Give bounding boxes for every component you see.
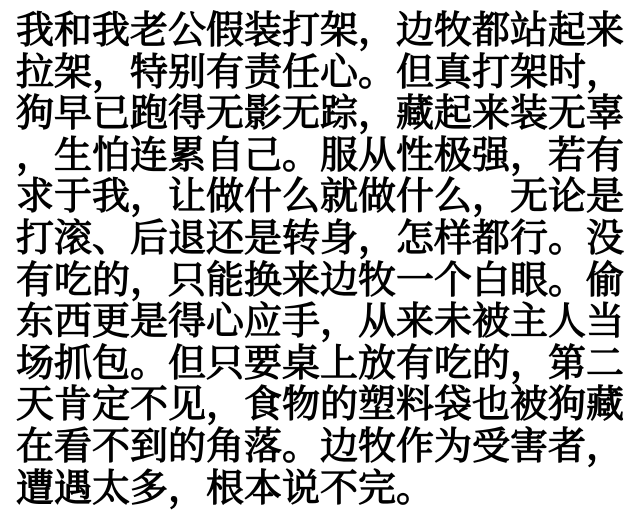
text-line: 遭遇太多，根本说不完。 [16,469,626,511]
text-line: 拉架，特别有责任心。但真打架时， [16,53,626,95]
text-line: 天肯定不见，食物的塑料袋也被狗藏 [16,385,626,427]
text-line: 打滚、后退还是转身，怎样都行。没 [16,219,626,261]
text-line: 有吃的，只能换来边牧一个白眼。偷 [16,261,626,303]
text-line: 狗早已跑得无影无踪，藏起来装无辜 [16,94,626,136]
paragraph-block: 我和我老公假装打架，边牧都站起来 拉架，特别有责任心。但真打架时， 狗早已跑得无… [0,0,640,527]
text-line: 东西更是得心应手，从来未被主人当 [16,302,626,344]
text-line: 在看不到的角落。边牧作为受害者， [16,427,626,469]
text-line: ，生怕连累自己。服从性极强，若有 [16,136,626,178]
text-line: 我和我老公假装打架，边牧都站起来 [16,11,626,53]
text-line: 场抓包。但只要桌上放有吃的，第二 [16,344,626,386]
text-line: 求于我，让做什么就做什么，无论是 [16,177,626,219]
